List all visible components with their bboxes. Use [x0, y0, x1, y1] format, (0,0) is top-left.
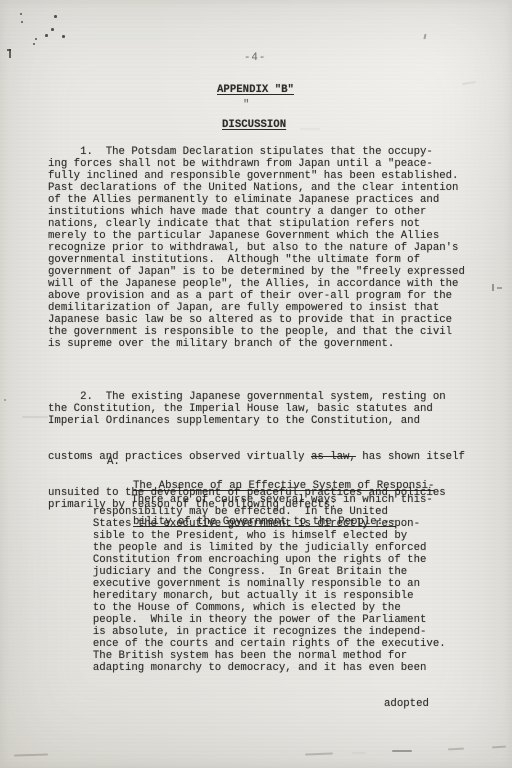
noise-smudge [352, 752, 366, 754]
noise-smudge [392, 750, 412, 752]
noise-speck [33, 43, 35, 45]
text-line: nations, clearly indicate that that stip… [48, 218, 465, 230]
text-line: above provision and as a part of their o… [48, 290, 465, 302]
noise-smudge [462, 81, 476, 85]
text-line: demilitarization of Japan, are fully emp… [48, 302, 465, 314]
paragraph-2-top-lines: 2. The existing Japanese governmental sy… [48, 391, 465, 427]
section-a-heading-line-1: The Absence of an Effective System of Re… [133, 480, 434, 492]
text-line: people. While in theory the power of the… [48, 614, 446, 626]
text-line: There are of course several ways in whic… [48, 494, 446, 506]
noise-speck [4, 399, 6, 401]
text-line: is supreme over the military branch of t… [48, 338, 465, 350]
text-line: Imperial Ordinances supplementary to the… [48, 415, 465, 427]
text-line: the government is responsible to the peo… [48, 326, 465, 338]
text-line: executive government is nominally respon… [48, 578, 446, 590]
noise-smudge [448, 748, 464, 750]
noise-speck [51, 28, 54, 31]
text-line: The British system has been the normal m… [48, 650, 446, 662]
text-line: is absolute, in practice it recognizes t… [48, 626, 446, 638]
text-line: responsibility may be effected. In the U… [48, 506, 446, 518]
text-line: 2. The existing Japanese governmental sy… [48, 391, 465, 403]
paragraph-1: 1. The Potsdam Declaration stipulates th… [48, 146, 465, 350]
noise-smudge [14, 753, 48, 756]
noise-smudge [300, 128, 320, 130]
appendix-heading: APPENDIX "B" [217, 84, 294, 96]
noise-speck [20, 13, 22, 15]
text-line: recognize prior to withdrawal, but also … [48, 242, 465, 254]
noise-speck [21, 21, 23, 23]
text-line: hereditary monarch, but actually it is r… [48, 590, 446, 602]
noise-smudge [22, 416, 48, 418]
text-line: adapting monarchy to democracy, and it h… [48, 662, 446, 674]
text-line: the people and is limited by the judicia… [48, 542, 446, 554]
text-line: government of Japan" is to be determined… [48, 266, 465, 278]
text-line: to the House of Commons, which is electe… [48, 602, 446, 614]
section-a-label: A. [107, 456, 120, 468]
noise-speck [54, 15, 57, 18]
text-line: merely to the particular Japanese Govern… [48, 230, 465, 242]
text-line: fully inclined and responsible governmen… [48, 170, 465, 182]
noise-mark [7, 49, 11, 51]
noise-mark [492, 284, 494, 291]
text-line: ence of the courts and certain rights of… [48, 638, 446, 650]
section-a-paragraph: There are of course several ways in whic… [48, 494, 446, 674]
text-line: governmental institutions. Although "the… [48, 254, 465, 266]
text-line: Constitution from encroaching upon the r… [48, 554, 446, 566]
text-line: the Constitution, the Imperial House law… [48, 403, 465, 415]
noise-mark [423, 34, 426, 39]
text-line: 1. The Potsdam Declaration stipulates th… [48, 146, 465, 158]
noise-speck [62, 35, 65, 38]
text-line: judiciary and the Congress. In Great Bri… [48, 566, 446, 578]
noise-smudge [492, 746, 506, 749]
noise-speck [45, 34, 48, 37]
text-line: Past declarations of the United Nations,… [48, 182, 465, 194]
page-number: -4- [244, 52, 266, 64]
noise-speck [35, 38, 37, 40]
text-line: States the executive government is direc… [48, 518, 446, 530]
text-line: ing forces shall not be withdrawn from J… [48, 158, 465, 170]
stray-quote-mark: " [243, 99, 249, 111]
noise-mark [497, 287, 502, 289]
text-line: institutions which have made that countr… [48, 206, 465, 218]
catchword: adopted [384, 698, 429, 710]
noise-smudge [305, 753, 333, 756]
discussion-heading: DISCUSSION [222, 119, 286, 131]
text-line: of the Allies permanently to eliminate J… [48, 194, 465, 206]
document-page: -4- APPENDIX "B" " DISCUSSION 1. The Pot… [0, 0, 512, 768]
text-line: sible to the President, who is himself e… [48, 530, 446, 542]
text-line: Japanese basic law be so altered as to p… [48, 314, 465, 326]
text-line: will of the Japanese people", the Allies… [48, 278, 465, 290]
